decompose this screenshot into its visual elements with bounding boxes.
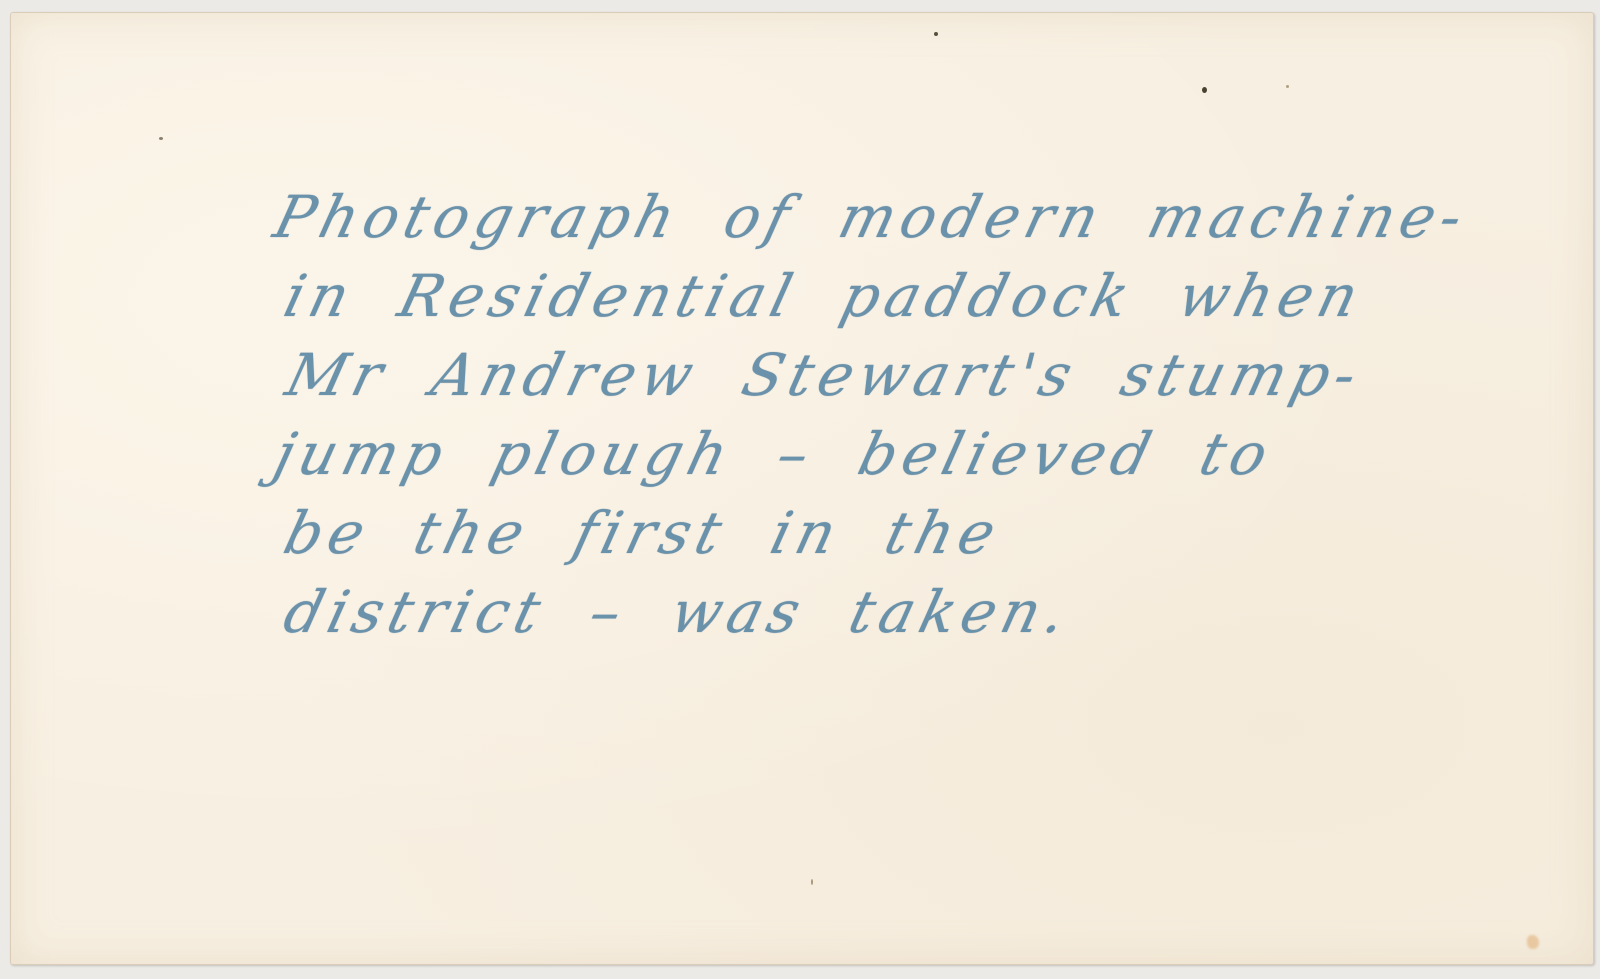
inscription-line-5: be the first in the [276, 494, 1546, 573]
inscription-line-2: in Residential paddock when [276, 257, 1546, 336]
paper-stain [1527, 935, 1539, 949]
paper-speck [159, 137, 163, 140]
paper-speck [1202, 87, 1207, 93]
inscription-line-1: Photograph of modern machine- [266, 178, 1546, 257]
paper-speck [934, 32, 938, 36]
handwritten-inscription: Photograph of modern machine- in Residen… [266, 178, 1526, 652]
paper-speck [1286, 85, 1289, 88]
inscription-line-6: district – was taken. [276, 573, 1546, 652]
paper-speck [811, 879, 813, 885]
inscription-line-3: Mr Andrew Stewart's stump- [278, 336, 1546, 415]
photo-back-card: Photograph of modern machine- in Residen… [10, 12, 1594, 965]
inscription-line-4: jump plough – believed to [266, 415, 1546, 494]
